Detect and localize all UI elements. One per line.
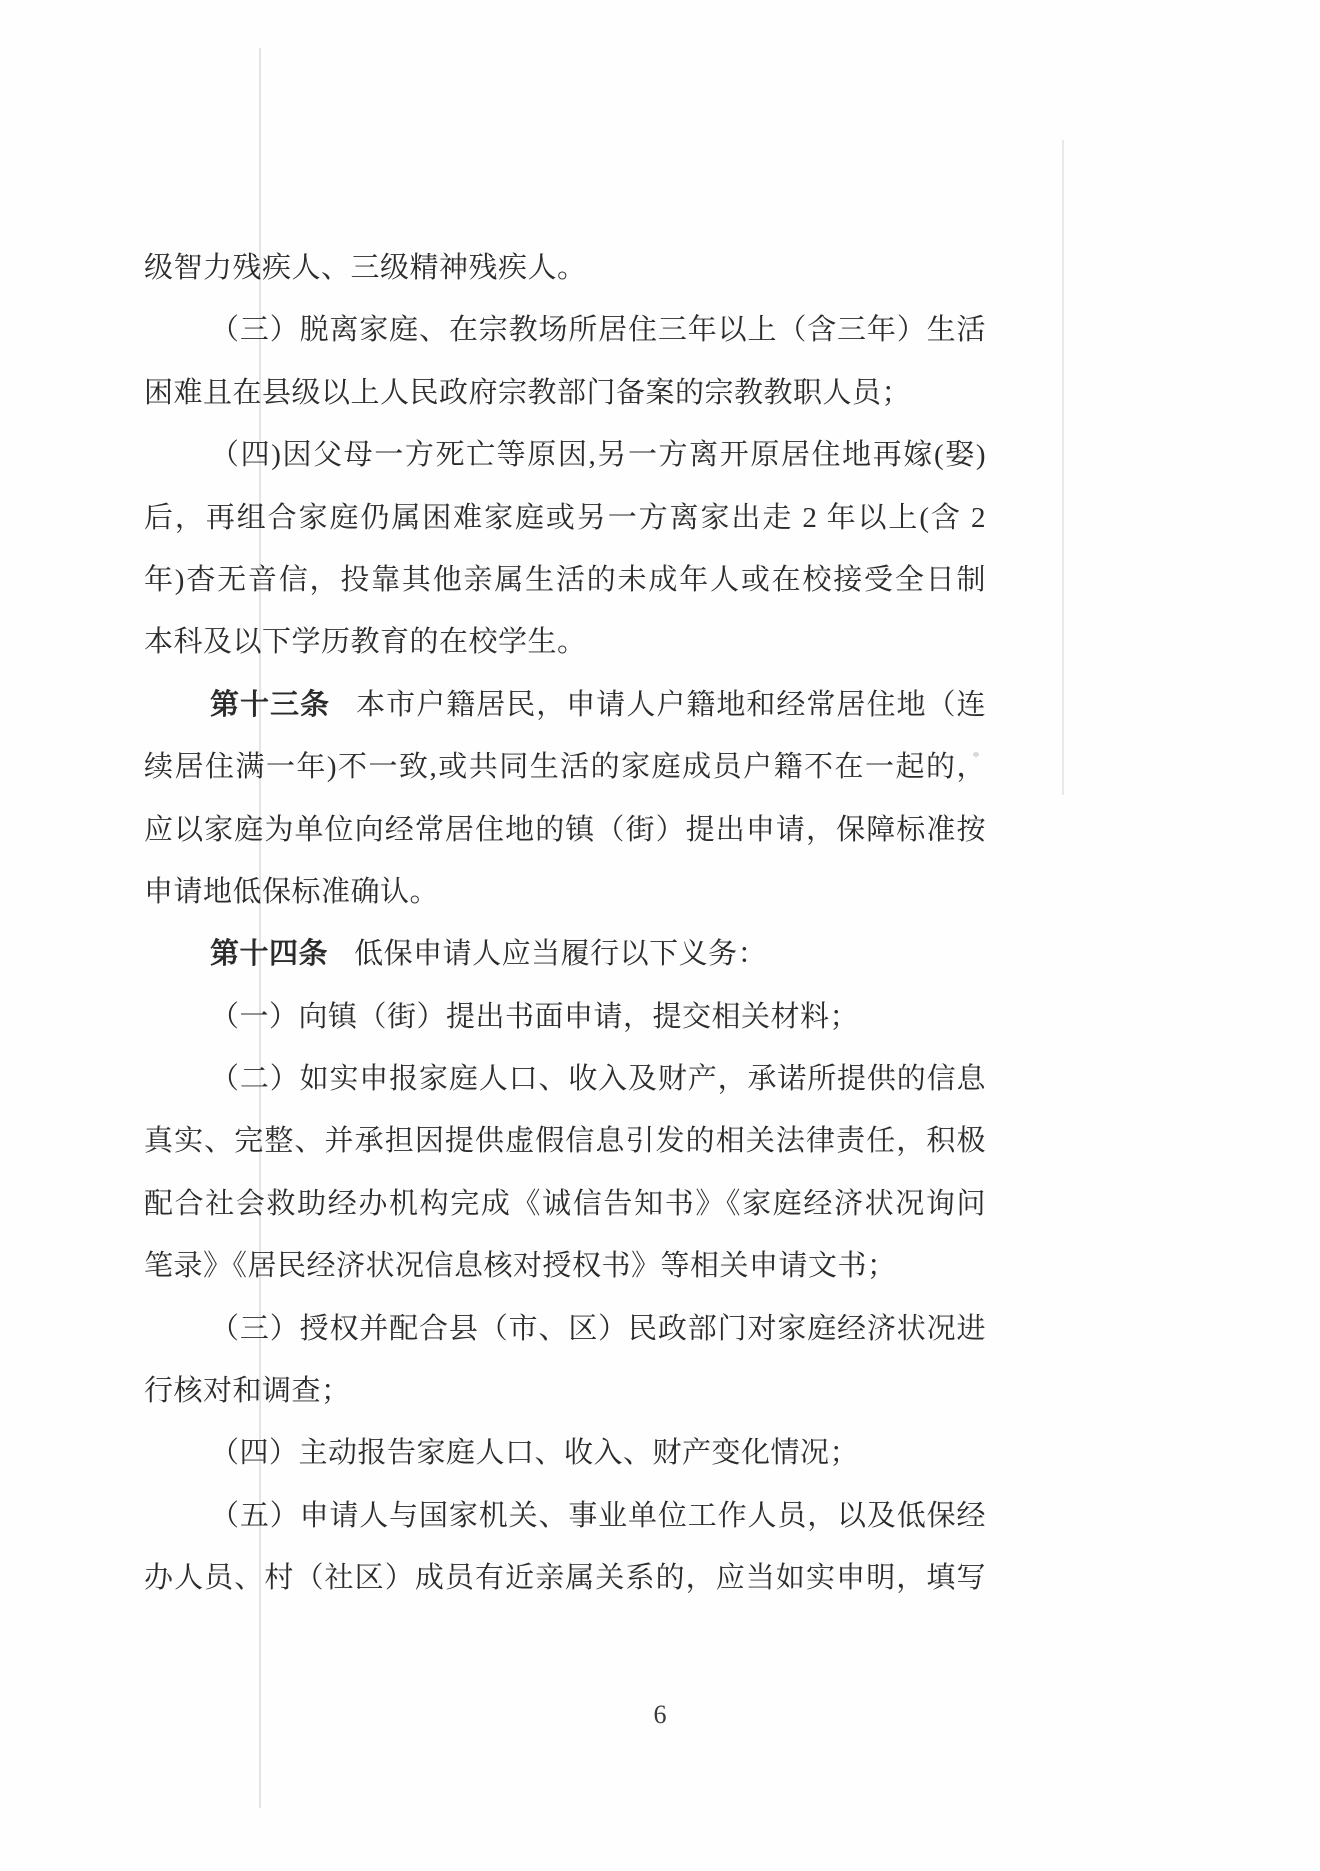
text-line: 年)杳无音信，投靠其他亲属生活的未成年人或在校接受全日制: [144, 549, 986, 611]
text-line: 办人员、村（社区）成员有近亲属关系的，应当如实申明，填写: [144, 1547, 986, 1609]
text-line: （四)因父母一方死亡等原因,另一方离开原居住地再嫁(娶): [144, 424, 986, 486]
text-line: （五）申请人与国家机关、事业单位工作人员，以及低保经: [144, 1485, 986, 1547]
article-number: 第十三条: [210, 689, 330, 721]
document-body: 级智力残疾人、三级精神残疾人。 （三）脱离家庭、在宗教场所居住三年以上（含三年）…: [144, 237, 986, 1610]
text-line: 真实、完整、并承担因提供虚假信息引发的相关法律责任，积极: [144, 1110, 986, 1172]
text-line: 笔录》《居民经济状况信息核对授权书》等相关申请文书；: [144, 1235, 986, 1297]
text-line: （二）如实申报家庭人口、收入及财产，承诺所提供的信息: [144, 1048, 986, 1110]
text-line: （一）向镇（街）提出书面申请，提交相关材料；: [144, 986, 986, 1048]
text-line: 后，再组合家庭仍属困难家庭或另一方离家出走 2 年以上(含 2: [144, 487, 986, 549]
text-line: 申请地低保标准确认。: [144, 861, 986, 923]
text-line: 行核对和调查；: [144, 1360, 986, 1422]
article-number: 第十四条: [210, 938, 328, 970]
text-line: 级智力残疾人、三级精神残疾人。: [144, 237, 986, 299]
article-text: 低保申请人应当履行以下义务：: [354, 938, 767, 970]
text-line: 第十四条低保申请人应当履行以下义务：: [144, 923, 986, 985]
text-line: 应以家庭为单位向经常居住地的镇（街）提出申请，保障标准按: [144, 799, 986, 861]
text-line: 配合社会救助经办机构完成《诚信告知书》《家庭经济状况询问: [144, 1173, 986, 1235]
article-text: 本市户籍居民，申请人户籍地和经常居住地（连: [356, 689, 986, 721]
text-line: 本科及以下学历教育的在校学生。: [144, 611, 986, 673]
text-line: （四）主动报告家庭人口、收入、财产变化情况；: [144, 1422, 986, 1484]
text-line: 困难且在县级以上人民政府宗教部门备案的宗教教职人员；: [144, 362, 986, 424]
page-number: 6: [0, 1700, 1320, 1730]
text-line: 续居住满一年)不一致,或共同生活的家庭成员户籍不在一起的，: [144, 736, 986, 798]
scan-artifact-line: [1062, 140, 1064, 795]
document-page: 级智力残疾人、三级精神残疾人。 （三）脱离家庭、在宗教场所居住三年以上（含三年）…: [0, 0, 1320, 1871]
text-line: （三）脱离家庭、在宗教场所居住三年以上（含三年）生活: [144, 299, 986, 361]
text-line: （三）授权并配合县（市、区）民政部门对家庭经济状况进: [144, 1298, 986, 1360]
text-line: 第十三条本市户籍居民，申请人户籍地和经常居住地（连: [144, 674, 986, 736]
